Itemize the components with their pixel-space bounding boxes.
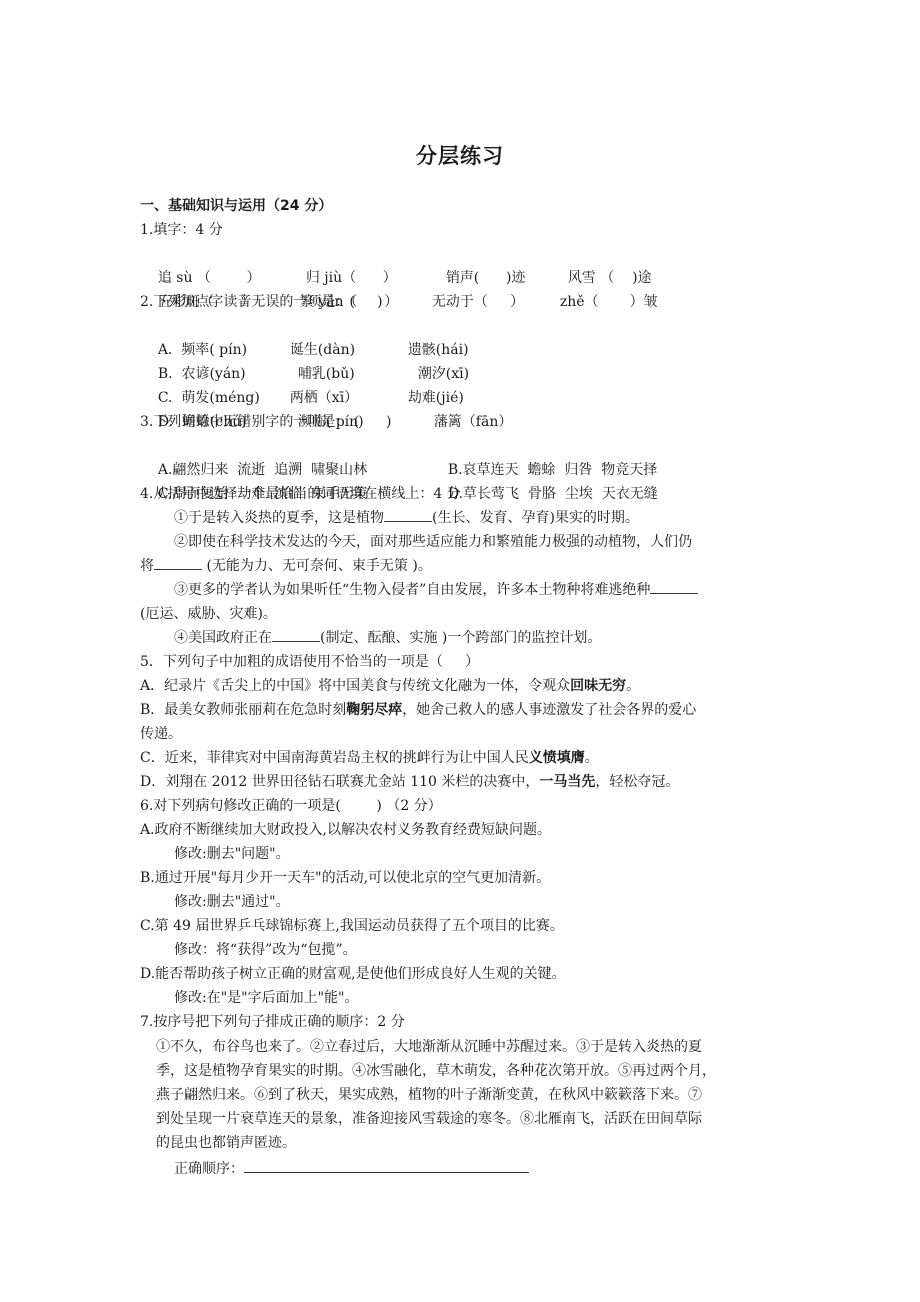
q6-stem: 6.对下列病句修改正确的一项是( ) （2 分） bbox=[140, 794, 442, 818]
q4-sentence-3: ③更多的学者认为如果听任“生物入侵者”自由发展，许多本土物种将难逃绝种 bbox=[174, 578, 698, 602]
section-heading: 一、基础知识与运用（24 分） bbox=[140, 194, 332, 218]
q5-option-a: A．纪录片《舌尖上的中国》将中国美食与传统文化融为一体，令观众回味无穷。 bbox=[140, 674, 640, 698]
q6-option-d: D.能否帮助孩子树立正确的财富观,是使他们形成良好人生观的关键。 bbox=[140, 962, 566, 986]
q5-stem: 5．下列句子中加粗的成语使用不恰当的一项是（ ） bbox=[140, 650, 479, 674]
q2-stem: 2.下列加点字读音无误的一项是：( ) bbox=[140, 290, 383, 314]
page-title: 分层练习 bbox=[0, 140, 920, 170]
fill-blank bbox=[272, 627, 320, 642]
q7-passage-line: 的昆虫也都销声匿迹。 bbox=[156, 1131, 296, 1155]
q4-sentence-1: ①于是转入炎热的夏季，这是植物(生长、发育、孕育)果实的时期。 bbox=[174, 506, 639, 530]
q4-sentence-4: ④美国政府正在(制定、酝酿、实施 )一个跨部门的监控计划。 bbox=[174, 626, 601, 650]
bold-idiom: 回味无穷 bbox=[570, 678, 626, 694]
q5-option-b-cont: 传递。 bbox=[140, 722, 182, 746]
q6-fix-b: 修改:删去"通过"。 bbox=[174, 890, 290, 914]
answer-blank bbox=[244, 1158, 529, 1173]
q4-text: ③更多的学者认为如果听任“生物入侵者”自由发展，许多本土物种将难逃绝种 bbox=[174, 582, 650, 598]
q7-passage-line: 燕子翩然归来。⑥到了秋天，果实成熟，植物的叶子渐渐变黄，在秋风中簌簌落下来。⑦ bbox=[156, 1083, 702, 1107]
q4-stem: 4.从括号中选择一个最恰当的词语填在横线上：4 分 bbox=[140, 482, 461, 506]
q5-text: D．刘翔在 2012 世界田径钻石联赛尤金站 110 米栏的决赛中， bbox=[140, 774, 539, 790]
q5-text: B．最美女教师张丽莉在危急时刻 bbox=[140, 702, 346, 718]
fill-blank bbox=[154, 555, 202, 570]
q7-answer: 正确顺序： bbox=[174, 1157, 529, 1181]
q4-sentence-3-cont: (厄运、威胁、灾难)。 bbox=[140, 602, 277, 626]
q6-fix-d: 修改:在"是"字后面加上"能"。 bbox=[174, 986, 358, 1010]
q5-text: ，她舍己救人的感人事迹激发了社会各界的爱心 bbox=[402, 702, 696, 718]
bold-idiom: 义愤填膺 bbox=[529, 750, 585, 766]
q5-option-d: D．刘翔在 2012 世界田径钻石联赛尤金站 110 米栏的决赛中，一马当先，轻… bbox=[140, 770, 679, 794]
q4-text: (生长、发育、孕育)果实的时期。 bbox=[432, 510, 639, 526]
q5-text: 。 bbox=[626, 678, 640, 694]
q7-passage-line: 季，这是植物孕育果实的时期。④冰雪融化，草木萌发，各种花次第开放。⑤再过两个月， bbox=[156, 1059, 716, 1083]
fill-blank bbox=[384, 507, 432, 522]
q5-text: ，轻松夺冠。 bbox=[595, 774, 679, 790]
q1-stem: 1.填字：4 分 bbox=[140, 218, 223, 242]
q6-option-a: A.政府不断继续加大财政投入,以解决农村义务教育经费短缺问题。 bbox=[140, 818, 551, 842]
document-page: 分层练习 一、基础知识与运用（24 分） 1.填字：4 分 追 sù （ ）归 … bbox=[0, 0, 920, 1302]
q3-stem: 3.下列词语中无错别字的一项是： ( ) bbox=[140, 410, 391, 434]
q2-option-text: 藩篱（fān） bbox=[434, 410, 513, 434]
q5-option-c: C．近来，菲律宾对中国南海黄岩岛主权的挑衅行为让中国人民义愤填膺。 bbox=[140, 746, 599, 770]
q4-text: ①于是转入炎热的夏季，这是植物 bbox=[174, 510, 384, 526]
q1-item: zhě（ ）皱 bbox=[560, 290, 658, 314]
q4-sentence-2: ②即使在科学技术发达的今天，面对那些适应能力和繁殖能力极强的动植物，人们仍 bbox=[174, 530, 692, 554]
q6-option-c: C.第 49 届世界乒乓球锦标赛上,我国运动员获得了五个项目的比赛。 bbox=[140, 914, 564, 938]
fill-blank bbox=[650, 579, 698, 594]
q6-option-b: B.通过开展"每月少开一天车"的活动,可以使北京的空气更加清新。 bbox=[140, 866, 550, 890]
answer-label: 正确顺序： bbox=[174, 1161, 244, 1177]
q5-text: C．近来，菲律宾对中国南海黄岩岛主权的挑衅行为让中国人民 bbox=[140, 750, 529, 766]
bold-idiom: 鞠躬尽瘁 bbox=[346, 702, 402, 718]
q3-option: D.草长莺飞 骨胳 尘埃 天衣无缝 bbox=[448, 482, 658, 506]
bold-idiom: 一马当先 bbox=[539, 774, 595, 790]
q1-item: 无动于（ ） bbox=[432, 290, 560, 314]
q4-text: ④美国政府正在 bbox=[174, 630, 272, 646]
q5-text: 。 bbox=[585, 750, 599, 766]
q4-text: (制定、酝酿、实施 )一个跨部门的监控计划。 bbox=[320, 630, 601, 646]
q6-fix-a: 修改:删去"问题"。 bbox=[174, 842, 290, 866]
q4-text: (无能为力、无可奈何、束手无策 )。 bbox=[202, 558, 432, 574]
q6-fix-c: 修改：将“获得”改为“包揽”。 bbox=[174, 938, 357, 962]
q7-stem: 7.按序号把下列句子排成正确的顺序：2 分 bbox=[140, 1010, 405, 1034]
q4-text: 将 bbox=[140, 558, 154, 574]
q7-passage-line: ①不久，布谷鸟也来了。②立春过后，大地渐渐从沉睡中苏醒过来。③于是转入炎热的夏 bbox=[156, 1035, 702, 1059]
q5-text: A．纪录片《舌尖上的中国》将中国美食与传统文化融为一体，令观众 bbox=[140, 678, 570, 694]
q7-passage-line: 到处呈现一片衰草连天的景象，准备迎接风雪载途的寒冬。⑧北雁南飞，活跃在田间草际 bbox=[156, 1107, 702, 1131]
q4-sentence-2-cont: 将 (无能为力、无可奈何、束手无策 )。 bbox=[140, 554, 432, 578]
q5-option-b: B．最美女教师张丽莉在危急时刻鞠躬尽瘁，她舍己救人的感人事迹激发了社会各界的爱心 bbox=[140, 698, 696, 722]
